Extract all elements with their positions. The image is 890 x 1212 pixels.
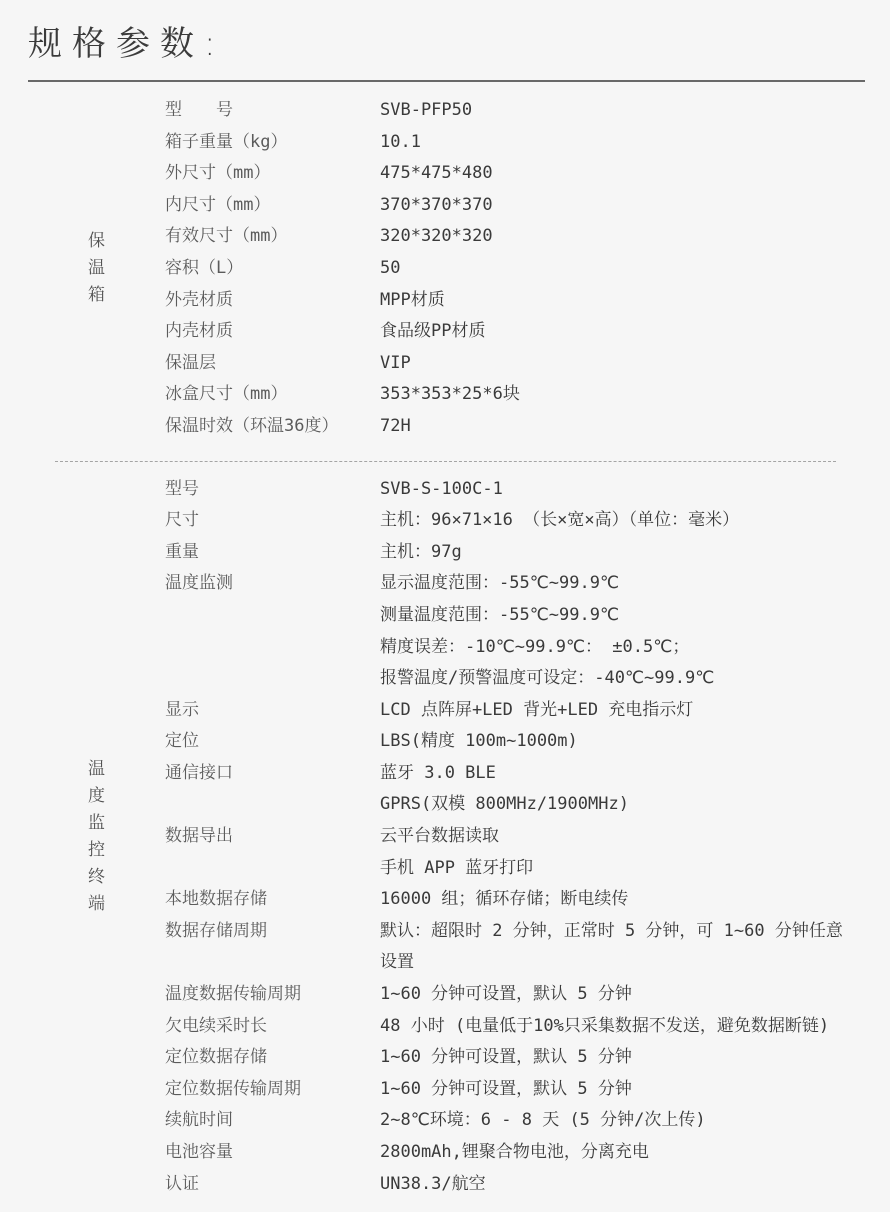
spec-row: 显示 LCD 点阵屏+LED 背光+LED 充电指示灯: [165, 695, 865, 727]
spec-label: 重量: [165, 537, 380, 569]
spec-label: 内尺寸（mm）: [165, 190, 380, 222]
page-title: 规格参数:: [28, 22, 865, 66]
spec-value-line: 320*320*320: [380, 221, 856, 253]
spec-row: 外尺寸（mm） 475*475*480: [165, 158, 865, 190]
spec-label: 内壳材质: [165, 316, 380, 348]
spec-value: 16000 组；循环存储；断电续传: [380, 884, 856, 916]
spec-row: 有效尺寸（mm） 320*320*320: [165, 221, 865, 253]
spec-value: 320*320*320: [380, 221, 856, 253]
spec-value: MPP材质: [380, 285, 856, 317]
spec-row: 定位数据传输周期 1~60 分钟可设置，默认 5 分钟: [165, 1074, 865, 1106]
spec-table: 保温箱 型 号 SVB-PFP50 箱子重量（kg） 10.1 外尺寸（mm） …: [28, 82, 865, 1200]
spec-value-line: 2800mAh,锂聚合物电池，分离充电: [380, 1137, 856, 1169]
spec-value-line: 1~60 分钟可设置，默认 5 分钟: [380, 979, 856, 1011]
spec-value: 1~60 分钟可设置，默认 5 分钟: [380, 979, 856, 1011]
spec-row: 认证 UN38.3/航空: [165, 1169, 865, 1201]
spec-row: 定位 LBS(精度 100m~1000m): [165, 726, 865, 758]
spec-row: 箱子重量（kg） 10.1: [165, 127, 865, 159]
spec-label: 保温层: [165, 348, 380, 380]
spec-value-line: 10.1: [380, 127, 856, 159]
spec-value: 370*370*370: [380, 190, 856, 222]
spec-page: 规格参数: 保温箱 型 号 SVB-PFP50 箱子重量（kg） 10.1 外尺…: [0, 0, 890, 1200]
spec-label: 显示: [165, 695, 380, 727]
spec-label: 型 号: [165, 95, 380, 127]
spec-label: 定位: [165, 726, 380, 758]
spec-value: 10.1: [380, 127, 856, 159]
spec-value: 食品级PP材质: [380, 316, 856, 348]
spec-row: 型号 SVB-S-100C-1: [165, 474, 865, 506]
spec-value-line: 370*370*370: [380, 190, 856, 222]
group-cell: 温度监控终端: [28, 474, 165, 1201]
spec-row: 型 号 SVB-PFP50: [165, 95, 865, 127]
spec-label: 冰盒尺寸（mm）: [165, 379, 380, 411]
spec-value: 1~60 分钟可设置，默认 5 分钟: [380, 1042, 856, 1074]
spec-label: 欠电续采时长: [165, 1011, 380, 1043]
spec-label: 定位数据存储: [165, 1042, 380, 1074]
spec-row: 冰盒尺寸（mm） 353*353*25*6块: [165, 379, 865, 411]
spec-value-line: GPRS(双模 800MHz/1900MHz): [380, 789, 856, 821]
spec-label: 有效尺寸（mm）: [165, 221, 380, 253]
spec-value: 1~60 分钟可设置，默认 5 分钟: [380, 1074, 856, 1106]
group-label: 温度监控终端: [88, 756, 108, 918]
spec-value-line: 1~60 分钟可设置，默认 5 分钟: [380, 1074, 856, 1106]
spec-row: 内尺寸（mm） 370*370*370: [165, 190, 865, 222]
spec-value: 2800mAh,锂聚合物电池，分离充电: [380, 1137, 856, 1169]
spec-section: 保温箱 型 号 SVB-PFP50 箱子重量（kg） 10.1 外尺寸（mm） …: [28, 82, 865, 452]
spec-value-line: 报警温度/预警温度可设定：-40℃~99.9℃: [380, 663, 856, 695]
spec-value: 50: [380, 253, 856, 285]
spec-value-line: 主机：96×71×16 （长×宽×高）（单位：毫米）: [380, 505, 856, 537]
spec-row: 数据导出 云平台数据读取手机 APP 蓝牙打印: [165, 821, 865, 884]
spec-value-line: UN38.3/航空: [380, 1169, 856, 1201]
spec-label: 外尺寸（mm）: [165, 158, 380, 190]
spec-row: 数据存储周期 默认：超限时 2 分钟，正常时 5 分钟，可 1~60 分钟任意设…: [165, 916, 865, 979]
spec-row: 温度数据传输周期 1~60 分钟可设置，默认 5 分钟: [165, 979, 865, 1011]
spec-label: 数据存储周期: [165, 916, 380, 948]
spec-value: SVB-PFP50: [380, 95, 856, 127]
spec-value-line: LBS(精度 100m~1000m): [380, 726, 856, 758]
spec-value: 2~8℃环境：6 - 8 天 (5 分钟/次上传): [380, 1105, 856, 1137]
group-label: 保温箱: [88, 228, 108, 309]
spec-value-line: 2~8℃环境：6 - 8 天 (5 分钟/次上传): [380, 1105, 856, 1137]
spec-row: 重量 主机：97g: [165, 537, 865, 569]
spec-value: 云平台数据读取手机 APP 蓝牙打印: [380, 821, 856, 884]
spec-label: 本地数据存储: [165, 884, 380, 916]
spec-value-line: SVB-S-100C-1: [380, 474, 856, 506]
spec-value-line: 72H: [380, 411, 856, 443]
spec-label: 通信接口: [165, 758, 380, 790]
spec-value: 353*353*25*6块: [380, 379, 856, 411]
spec-row: 保温层 VIP: [165, 348, 865, 380]
spec-value: VIP: [380, 348, 856, 380]
spec-value: 475*475*480: [380, 158, 856, 190]
spec-row: 通信接口 蓝牙 3.0 BLEGPRS(双模 800MHz/1900MHz): [165, 758, 865, 821]
group-cell: 保温箱: [28, 95, 165, 443]
spec-label: 保温时效（环温36度）: [165, 411, 380, 443]
spec-value-line: 云平台数据读取: [380, 821, 856, 853]
spec-value-line: MPP材质: [380, 285, 856, 317]
spec-value-line: 测量温度范围：-55℃~99.9℃: [380, 600, 856, 632]
spec-value: 显示温度范围：-55℃~99.9℃测量温度范围：-55℃~99.9℃精度误差：-…: [380, 568, 856, 694]
spec-value-line: 手机 APP 蓝牙打印: [380, 853, 856, 885]
spec-value: 蓝牙 3.0 BLEGPRS(双模 800MHz/1900MHz): [380, 758, 856, 821]
spec-row: 续航时间 2~8℃环境：6 - 8 天 (5 分钟/次上传): [165, 1105, 865, 1137]
spec-label: 续航时间: [165, 1105, 380, 1137]
spec-value-line: 1~60 分钟可设置，默认 5 分钟: [380, 1042, 856, 1074]
spec-value-line: LCD 点阵屏+LED 背光+LED 充电指示灯: [380, 695, 856, 727]
spec-value: 默认：超限时 2 分钟，正常时 5 分钟，可 1~60 分钟任意设置: [380, 916, 856, 979]
spec-row: 电池容量 2800mAh,锂聚合物电池，分离充电: [165, 1137, 865, 1169]
spec-value-line: 48 小时 (电量低于10%只采集数据不发送，避免数据断链): [380, 1011, 856, 1043]
spec-value: 主机：97g: [380, 537, 856, 569]
spec-value-line: 蓝牙 3.0 BLE: [380, 758, 856, 790]
spec-label: 尺寸: [165, 505, 380, 537]
spec-value: LBS(精度 100m~1000m): [380, 726, 856, 758]
spec-row: 定位数据存储 1~60 分钟可设置，默认 5 分钟: [165, 1042, 865, 1074]
spec-label: 定位数据传输周期: [165, 1074, 380, 1106]
spec-value-line: 475*475*480: [380, 158, 856, 190]
spec-row: 温度监测 显示温度范围：-55℃~99.9℃测量温度范围：-55℃~99.9℃精…: [165, 568, 865, 694]
spec-label: 数据导出: [165, 821, 380, 853]
spec-label: 温度数据传输周期: [165, 979, 380, 1011]
spec-value: 48 小时 (电量低于10%只采集数据不发送，避免数据断链): [380, 1011, 856, 1043]
spec-value-line: 50: [380, 253, 856, 285]
spec-row: 容积（L） 50: [165, 253, 865, 285]
spec-row: 保温时效（环温36度） 72H: [165, 411, 865, 443]
spec-value-line: 显示温度范围：-55℃~99.9℃: [380, 568, 856, 600]
spec-value-line: 精度误差：-10℃~99.9℃： ±0.5℃；: [380, 632, 856, 664]
spec-value-line: 主机：97g: [380, 537, 856, 569]
spec-value: UN38.3/航空: [380, 1169, 856, 1201]
spec-label: 认证: [165, 1169, 380, 1201]
spec-label: 型号: [165, 474, 380, 506]
spec-section: 温度监控终端 型号 SVB-S-100C-1 尺寸 主机：96×71×16 （长…: [28, 462, 865, 1201]
spec-value-line: 353*353*25*6块: [380, 379, 856, 411]
spec-label: 电池容量: [165, 1137, 380, 1169]
spec-label: 容积（L）: [165, 253, 380, 285]
spec-value-line: 16000 组；循环存储；断电续传: [380, 884, 856, 916]
spec-row: 尺寸 主机：96×71×16 （长×宽×高）（单位：毫米）: [165, 505, 865, 537]
spec-value: SVB-S-100C-1: [380, 474, 856, 506]
spec-label: 外壳材质: [165, 285, 380, 317]
spec-value-line: VIP: [380, 348, 856, 380]
spec-value-line: 食品级PP材质: [380, 316, 856, 348]
spec-row: 外壳材质 MPP材质: [165, 285, 865, 317]
section-rows: 型号 SVB-S-100C-1 尺寸 主机：96×71×16 （长×宽×高）（单…: [165, 474, 865, 1201]
section-rows: 型 号 SVB-PFP50 箱子重量（kg） 10.1 外尺寸（mm） 475*…: [165, 95, 865, 443]
spec-value-line: SVB-PFP50: [380, 95, 856, 127]
spec-label: 温度监测: [165, 568, 380, 600]
spec-value: 主机：96×71×16 （长×宽×高）（单位：毫米）: [380, 505, 856, 537]
spec-row: 内壳材质 食品级PP材质: [165, 316, 865, 348]
spec-label: 箱子重量（kg）: [165, 127, 380, 159]
spec-value: LCD 点阵屏+LED 背光+LED 充电指示灯: [380, 695, 856, 727]
spec-row: 欠电续采时长 48 小时 (电量低于10%只采集数据不发送，避免数据断链): [165, 1011, 865, 1043]
spec-value: 72H: [380, 411, 856, 443]
spec-row: 本地数据存储 16000 组；循环存储；断电续传: [165, 884, 865, 916]
spec-value-line: 默认：超限时 2 分钟，正常时 5 分钟，可 1~60 分钟任意设置: [380, 916, 856, 979]
